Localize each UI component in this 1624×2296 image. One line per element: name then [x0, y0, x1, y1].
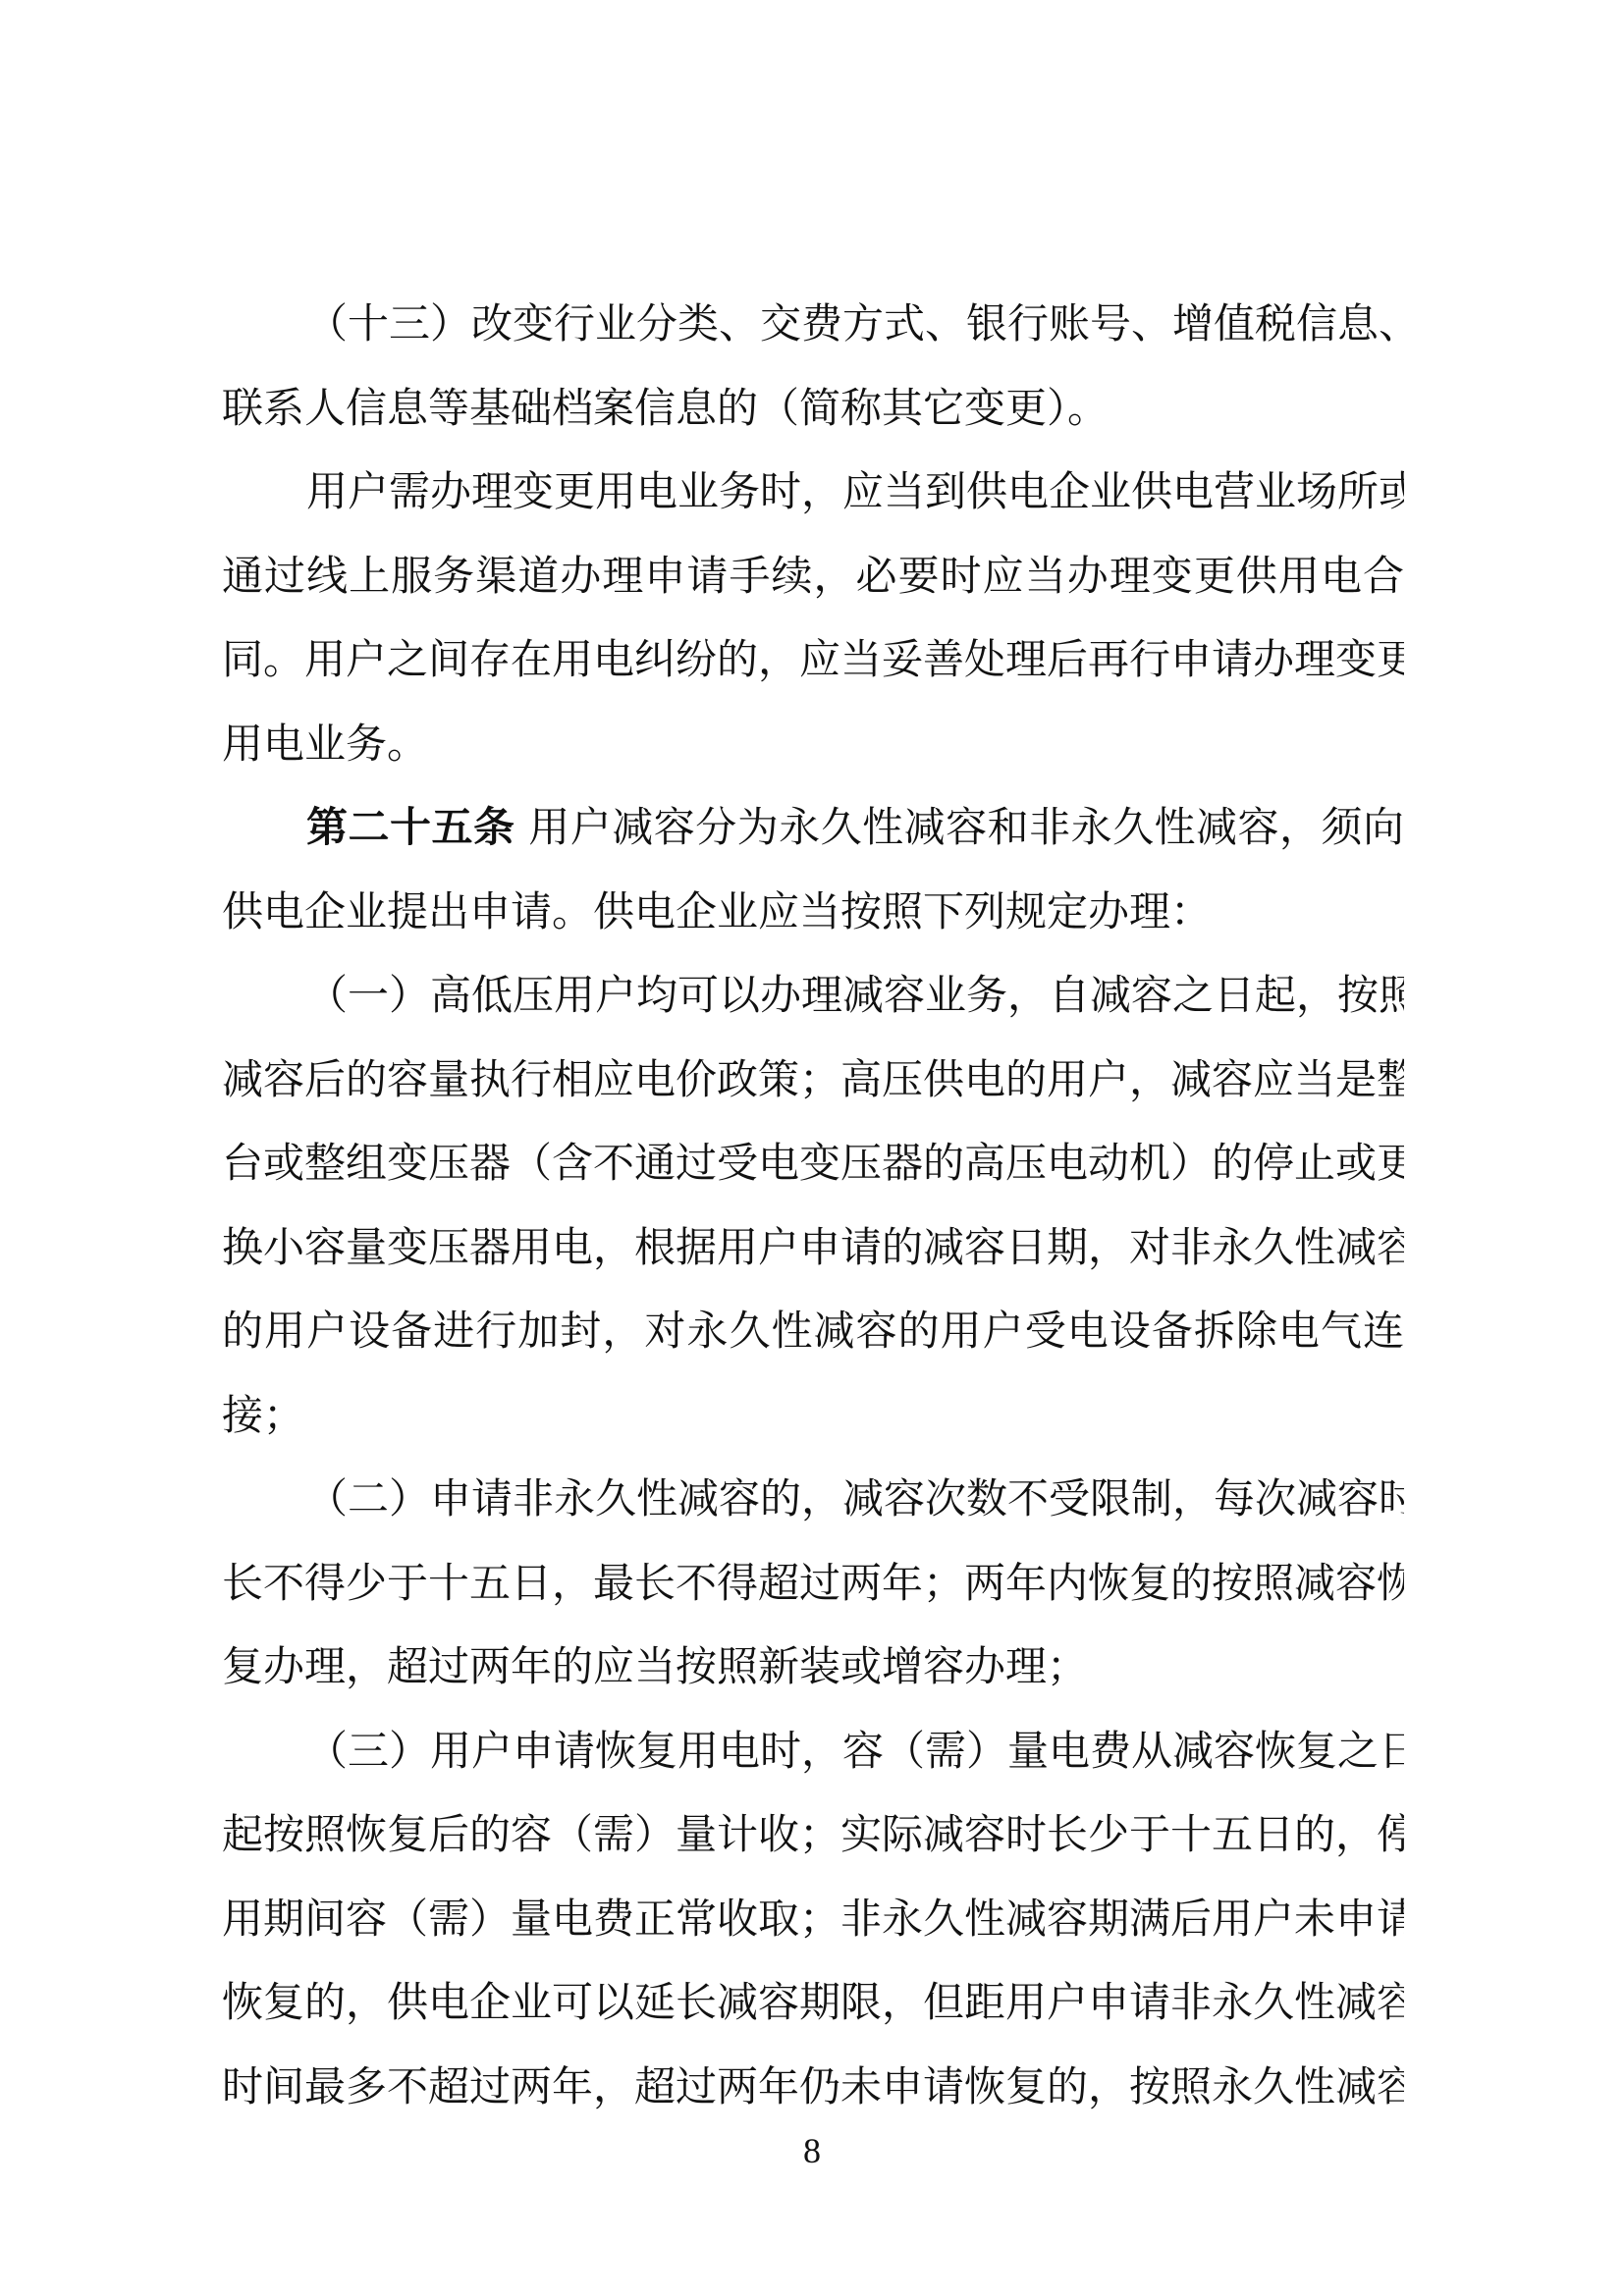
article-intro-text: 用户减容分为永久性减容和非永久性减容，须向: [514, 803, 1404, 851]
text-line: （十三）改变行业分类、交费方式、银行账号、增值税信息、: [222, 282, 1404, 366]
text-line: 换小容量变压器用电，根据用户申请的减容日期，对非永久性减容: [222, 1205, 1404, 1290]
text-line: 通过线上服务渠道办理申请手续，必要时应当办理变更供用电合: [222, 534, 1404, 618]
text-line: （一）高低压用户均可以办理减容业务，自减容之日起，按照: [222, 953, 1404, 1038]
text-line: 减容后的容量执行相应电价政策；高压供电的用户，减容应当是整: [222, 1038, 1404, 1122]
text-line: 长不得少于十五日，最长不得超过两年；两年内恢复的按照减容恢: [222, 1541, 1404, 1626]
document-page: （十三）改变行业分类、交费方式、银行账号、增值税信息、 联系人信息等基础档案信息…: [0, 0, 1624, 2296]
text-line: 复办理，超过两年的应当按照新装或增容办理；: [222, 1625, 1404, 1709]
text-line: 同。用户之间存在用电纠纷的，应当妥善处理后再行申请办理变更: [222, 617, 1404, 702]
article-heading: 第二十五条: [306, 803, 514, 851]
document-body: （十三）改变行业分类、交费方式、银行账号、增值税信息、 联系人信息等基础档案信息…: [222, 282, 1404, 2128]
paragraph-item-2: （二）申请非永久性减容的，减容次数不受限制，每次减容时 长不得少于十五日，最长不…: [222, 1457, 1404, 1709]
text-line: 用户需办理变更用电业务时，应当到供电企业供电营业场所或: [222, 450, 1404, 534]
paragraph-change-business: 用户需办理变更用电业务时，应当到供电企业供电营业场所或 通过线上服务渠道办理申请…: [222, 450, 1404, 785]
text-line: 起按照恢复后的容（需）量计收；实际减容时长少于十五日的，停: [222, 1792, 1404, 1877]
paragraph-item-1: （一）高低压用户均可以办理减容业务，自减容之日起，按照 减容后的容量执行相应电价…: [222, 953, 1404, 1457]
text-line: 供电企业提出申请。供电企业应当按照下列规定办理：: [222, 870, 1404, 954]
paragraph-item-3: （三）用户申请恢复用电时，容（需）量电费从减容恢复之日 起按照恢复后的容（需）量…: [222, 1709, 1404, 2129]
paragraph-item-13: （十三）改变行业分类、交费方式、银行账号、增值税信息、 联系人信息等基础档案信息…: [222, 282, 1404, 450]
text-line: 的用户设备进行加封，对永久性减容的用户受电设备拆除电气连: [222, 1289, 1404, 1373]
text-line: 用期间容（需）量电费正常收取；非永久性减容期满后用户未申请: [222, 1877, 1404, 1961]
text-line: 用电业务。: [222, 702, 1404, 786]
text-line: 联系人信息等基础档案信息的（简称其它变更）。: [222, 366, 1404, 451]
text-line: （三）用户申请恢复用电时，容（需）量电费从减容恢复之日: [222, 1709, 1404, 1793]
text-line: 时间最多不超过两年，超过两年仍未申请恢复的，按照永久性减容: [222, 2045, 1404, 2129]
text-line: 恢复的，供电企业可以延长减容期限，但距用户申请非永久性减容: [222, 1960, 1404, 2045]
page-number: 8: [0, 2130, 1624, 2171]
text-line: 台或整组变压器（含不通过受电变压器的高压电动机）的停止或更: [222, 1121, 1404, 1205]
text-line: （二）申请非永久性减容的，减容次数不受限制，每次减容时: [222, 1457, 1404, 1541]
paragraph-article-25: 第二十五条 用户减容分为永久性减容和非永久性减容，须向 供电企业提出申请。供电企…: [222, 785, 1404, 953]
text-line: 第二十五条 用户减容分为永久性减容和非永久性减容，须向: [222, 785, 1404, 870]
text-line: 接；: [222, 1373, 1404, 1458]
